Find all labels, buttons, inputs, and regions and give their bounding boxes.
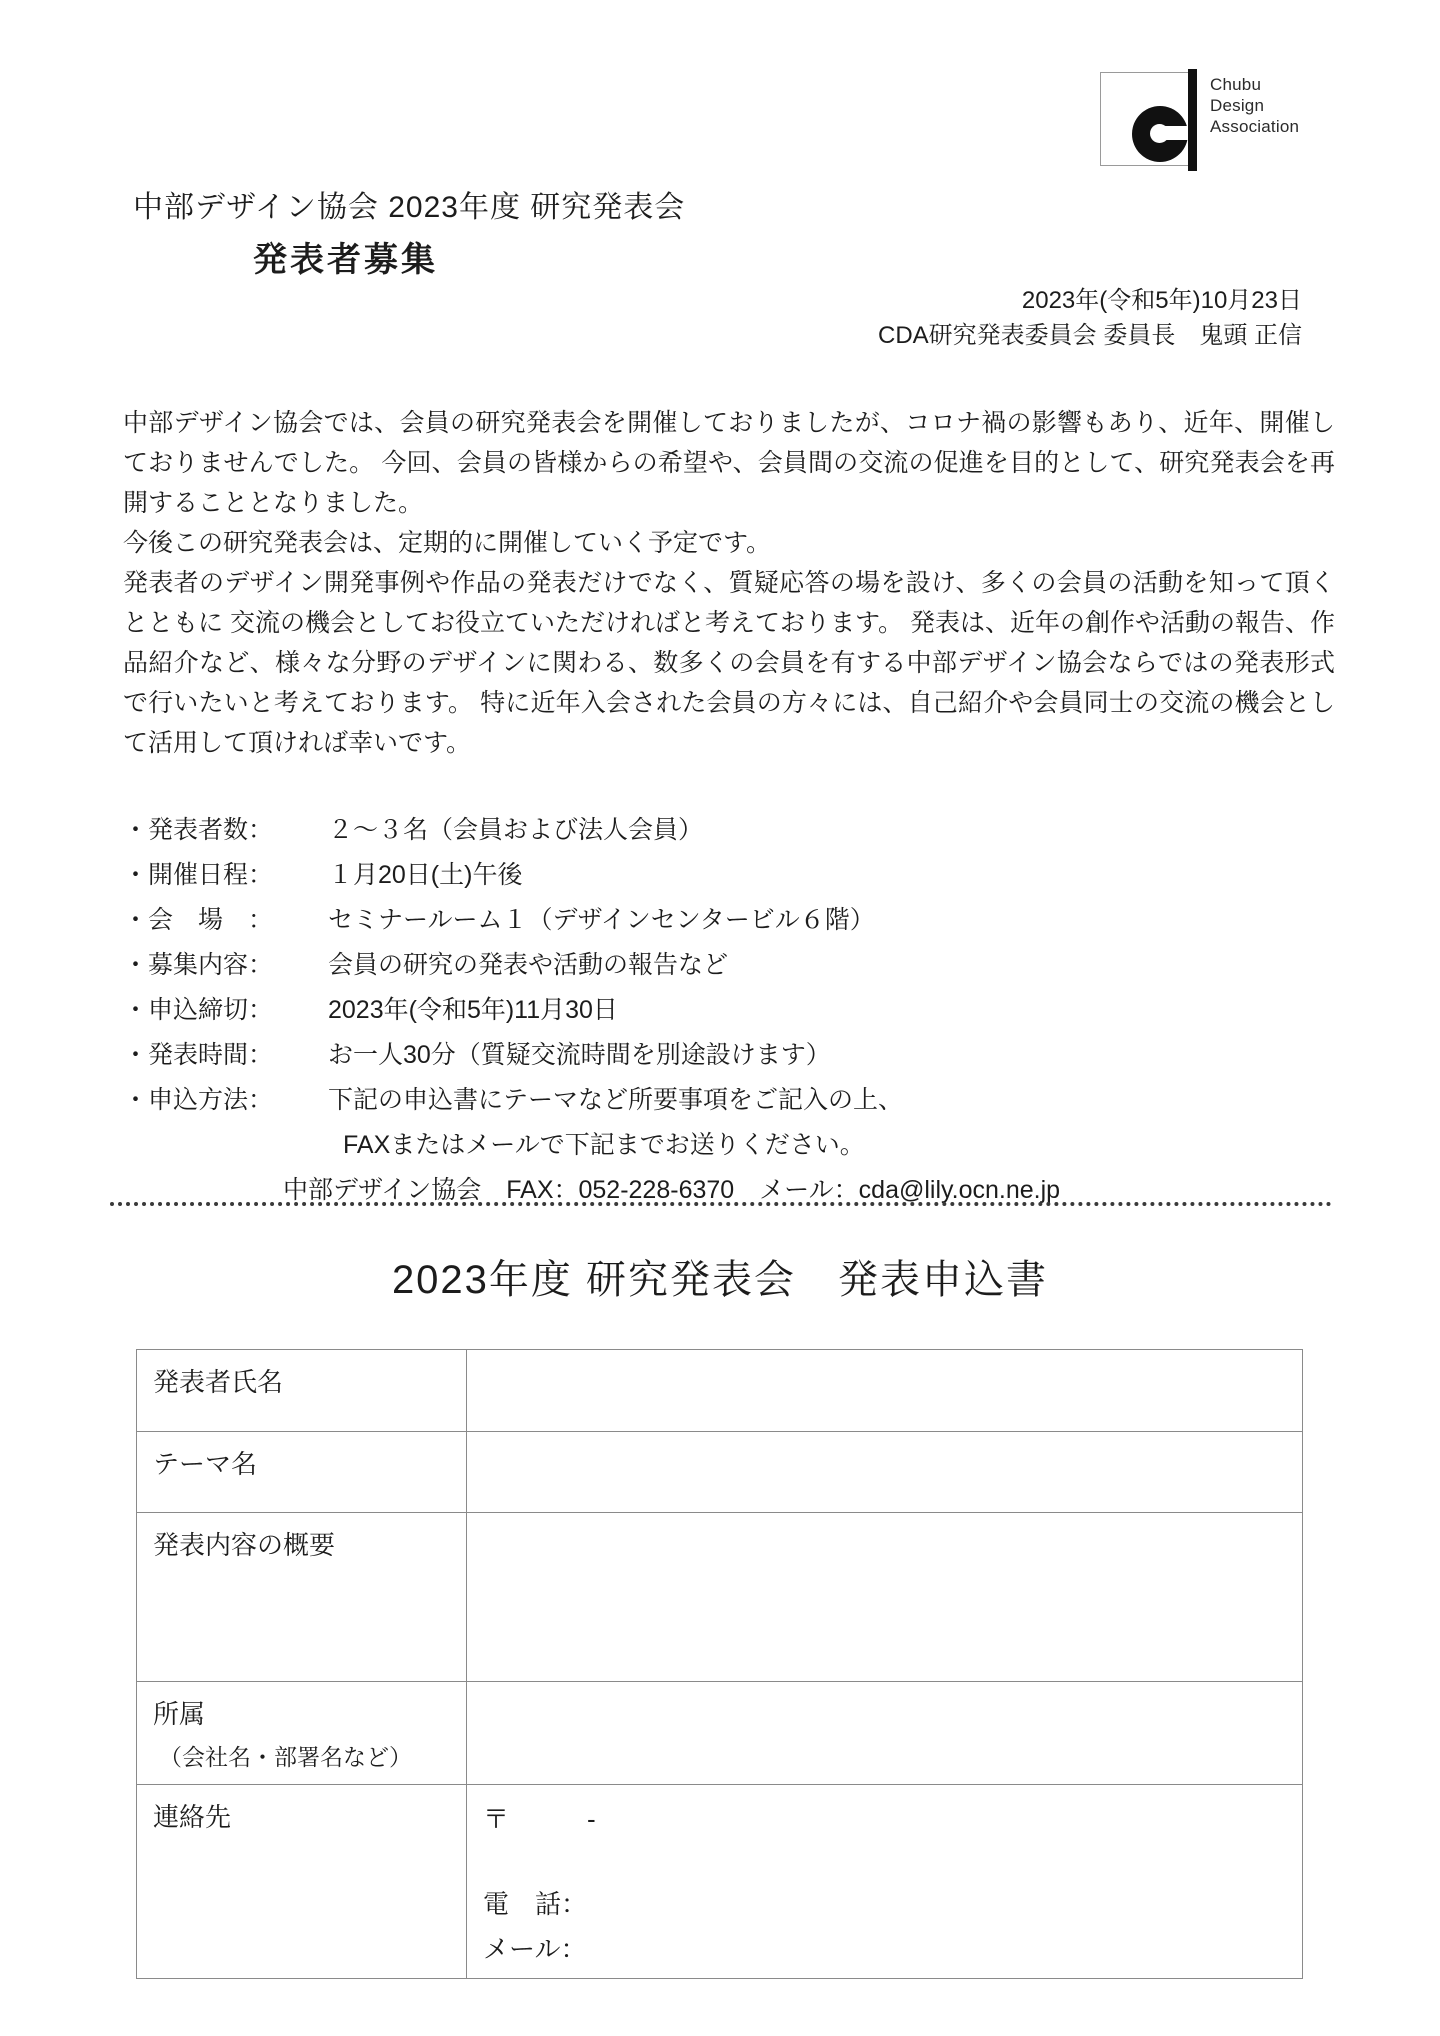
date-author-block: 2023年(令和5年)10月23日 CDA研究発表委員会 委員長 鬼頭 正信	[878, 283, 1302, 353]
detail-label: ・開催日程：	[123, 853, 328, 898]
body-text: 中部デザイン協会では、会員の研究発表会を開催しておりましたが、コロナ禍の影響もあ…	[123, 403, 1335, 763]
table-label-cell: 連絡先	[137, 1785, 467, 1979]
detail-value: 下記の申込書にテーマなど所要事項をご記入の上、	[328, 1078, 1353, 1123]
detail-label: ・申込方法：	[123, 1078, 328, 1123]
detail-value: 2023年(令和5年)11月30日	[328, 988, 1353, 1033]
detail-label: ・発表時間：	[123, 1033, 328, 1078]
document-page: Chubu Design Association 中部デザイン協会 2023年度…	[0, 0, 1440, 2036]
logo-text-line2: Design	[1210, 95, 1299, 116]
detail-label: ・会 場 ：	[123, 898, 328, 943]
detail-value: ２～３名（会員および法人会員）	[328, 808, 1353, 853]
table-row: 発表内容の概要	[137, 1513, 1303, 1682]
table-row: 所属 （会社名・部署名など）	[137, 1682, 1303, 1785]
table-row: 連絡先 〒 - 電 話： メール：	[137, 1785, 1303, 1979]
page-subtitle: 発表者募集	[253, 232, 438, 281]
dotted-divider	[110, 1202, 1332, 1206]
application-form-title: 2023年度 研究発表会 発表申込書	[0, 1248, 1440, 1305]
table-row: テーマ名	[137, 1432, 1303, 1513]
logo-text-line3: Association	[1210, 116, 1299, 137]
detail-item: ・申込締切： 2023年(令和5年)11月30日	[123, 988, 1353, 1033]
detail-item: ・開催日程： １月20日(土)午後	[123, 853, 1353, 898]
table-input-cell	[467, 1350, 1303, 1432]
detail-value: お一人30分（質疑交流時間を別途設けます）	[328, 1033, 1353, 1078]
detail-value: １月20日(土)午後	[328, 853, 1353, 898]
detail-item: ・申込方法： 下記の申込書にテーマなど所要事項をご記入の上、	[123, 1078, 1353, 1123]
table-sublabel: （会社名・部署名など）	[153, 1739, 450, 1772]
detail-value: セミナールーム１（デザインセンタービル６階）	[328, 898, 1353, 943]
table-input-cell: 〒 - 電 話： メール：	[467, 1785, 1303, 1979]
paragraph: 中部デザイン協会では、会員の研究発表会を開催しておりましたが、コロナ禍の影響もあ…	[123, 403, 1335, 523]
detail-value: 会員の研究の発表や活動の報告など	[328, 943, 1353, 988]
table-label-cell: テーマ名	[137, 1432, 467, 1513]
table-label-cell: 所属 （会社名・部署名など）	[137, 1682, 467, 1785]
logo-bar	[1188, 69, 1197, 171]
table-row: 発表者氏名	[137, 1350, 1303, 1432]
detail-item: ・発表時間： お一人30分（質疑交流時間を別途設けます）	[123, 1033, 1353, 1078]
detail-item: ・会 場 ： セミナールーム１（デザインセンタービル６階）	[123, 898, 1353, 943]
table-label-cell: 発表内容の概要	[137, 1513, 467, 1682]
paragraph: 発表者のデザイン開発事例や作品の発表だけでなく、質疑応答の場を設け、多くの会員の…	[123, 563, 1335, 763]
phone-field: 電 話：	[483, 1884, 1286, 1921]
detail-item: ・募集内容： 会員の研究の発表や活動の報告など	[123, 943, 1353, 988]
table-label: 所属	[153, 1694, 450, 1731]
document-author: CDA研究発表委員会 委員長 鬼頭 正信	[878, 318, 1302, 353]
detail-label: ・募集内容：	[123, 943, 328, 988]
page-title: 中部デザイン協会 2023年度 研究発表会	[133, 182, 685, 226]
postal-code-field: 〒 -	[483, 1799, 1286, 1836]
detail-label: ・発表者数：	[123, 808, 328, 853]
c-icon-notch	[1160, 126, 1190, 140]
table-input-cell	[467, 1432, 1303, 1513]
logo-text: Chubu Design Association	[1210, 74, 1299, 137]
table-label-cell: 発表者氏名	[137, 1350, 467, 1432]
detail-item: ・発表者数： ２～３名（会員および法人会員）	[123, 808, 1353, 853]
email-field: メール：	[483, 1929, 1286, 1966]
table-input-cell	[467, 1513, 1303, 1682]
document-date: 2023年(令和5年)10月23日	[878, 283, 1302, 318]
application-method-line2: FAXまたはメールで下記までお送りください。	[343, 1123, 1353, 1168]
logo-text-line1: Chubu	[1210, 74, 1299, 95]
fax-email-contact-line: 中部デザイン協会 FAX：052-228-6370 メール：cda@lily.o…	[283, 1168, 1353, 1213]
table-input-cell	[467, 1682, 1303, 1785]
paragraph: 今後この研究発表会は、定期的に開催していく予定です。	[123, 523, 1335, 563]
event-details-list: ・発表者数： ２～３名（会員および法人会員） ・開催日程： １月20日(土)午後…	[123, 808, 1353, 1213]
detail-label: ・申込締切：	[123, 988, 328, 1033]
application-table: 発表者氏名 テーマ名 発表内容の概要 所属 （会社名・部署名など） 連絡先 〒 …	[136, 1349, 1303, 1979]
